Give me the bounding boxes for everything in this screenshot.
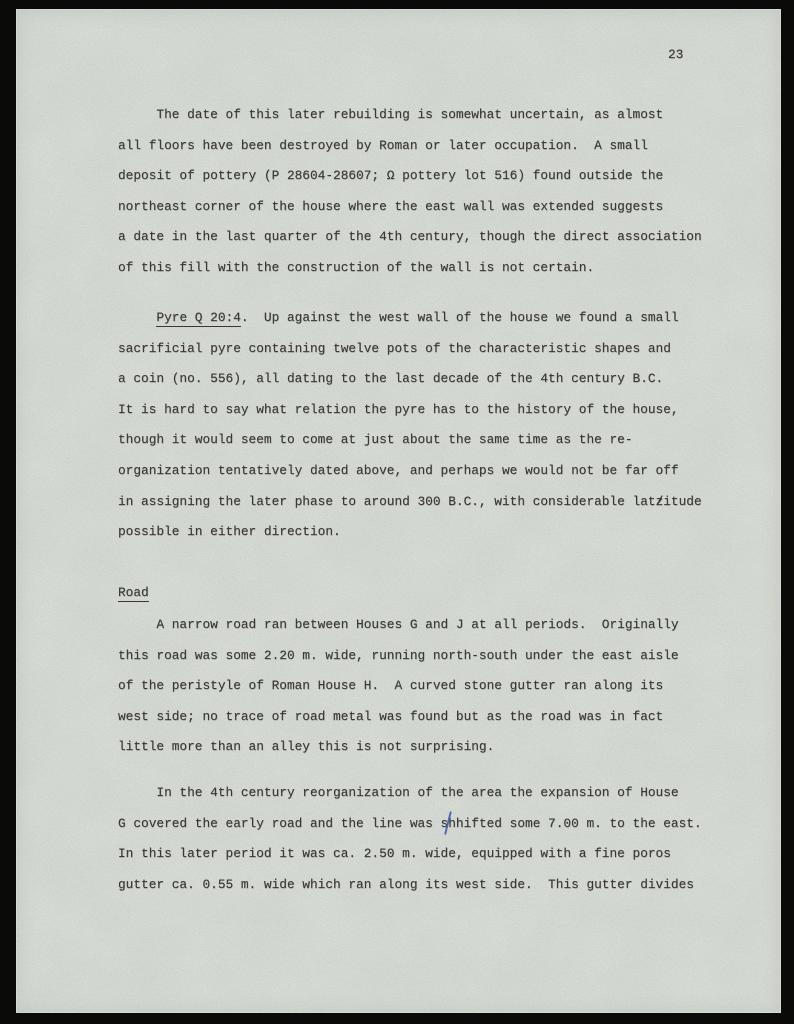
text-line: It is hard to say what relation the pyre… <box>118 395 702 426</box>
text-line: west side; no trace of road metal was fo… <box>118 702 679 733</box>
text-line: A narrow road ran between Houses G and J… <box>118 610 679 641</box>
indent <box>118 310 156 325</box>
pyre-label-underlined: Pyre Q 20:4 <box>156 310 240 327</box>
paragraph-rebuilding-date: The date of this later rebuilding is som… <box>118 100 702 284</box>
paragraph-road-early: A narrow road ran between Houses G and J… <box>118 610 679 763</box>
text-line: deposit of pottery (P 28604-28607; Ω pot… <box>118 161 702 192</box>
text-line: In this later period it was ca. 2.50 m. … <box>118 839 702 870</box>
pen-correction: h <box>448 809 456 840</box>
text-line: of this fill with the construction of th… <box>118 253 702 284</box>
text-line: though it would seem to come at just abo… <box>118 425 702 456</box>
text-run: in assigning the later phase to around 3… <box>118 494 656 509</box>
text-line: sacrificial pyre containing twelve pots … <box>118 334 702 365</box>
overstrike-slash: / <box>656 487 664 518</box>
text-line: all floors have been destroyed by Roman … <box>118 131 702 162</box>
document-page: 23 The date of this later rebuilding is … <box>16 9 781 1013</box>
text-line: The date of this later rebuilding is som… <box>118 100 702 131</box>
text-run: G covered the early road and the line wa… <box>118 816 448 831</box>
paragraph-road-later: In the 4th century reorganization of the… <box>118 778 702 900</box>
text-line: gutter ca. 0.55 m. wide which ran along … <box>118 870 702 901</box>
text-line: In the 4th century reorganization of the… <box>118 778 702 809</box>
text-run: itude <box>663 494 701 509</box>
text-line: organization tentatively dated above, an… <box>118 456 702 487</box>
text-line: G covered the early road and the line wa… <box>118 809 702 840</box>
text-line: Pyre Q 20:4. Up against the west wall of… <box>118 303 702 334</box>
text-line: little more than an alley this is not su… <box>118 732 679 763</box>
text-line: of the peristyle of Roman House H. A cur… <box>118 671 679 702</box>
text-line: a coin (no. 556), all dating to the last… <box>118 364 702 395</box>
text-line: northeast corner of the house where the … <box>118 192 702 223</box>
section-heading-road: Road <box>118 578 149 609</box>
paragraph-pyre: Pyre Q 20:4. Up against the west wall of… <box>118 303 702 548</box>
text-run: . Up against the west wall of the house … <box>241 310 679 325</box>
text-line: a date in the last quarter of the 4th ce… <box>118 222 702 253</box>
text-run: hifted some 7.00 m. to the east. <box>456 816 702 831</box>
text-line: in assigning the later phase to around 3… <box>118 487 702 518</box>
text-line: Road <box>118 578 149 609</box>
road-heading-underlined: Road <box>118 585 149 602</box>
page-number: 23 <box>668 40 683 71</box>
typed-overstrike-correction: z/ <box>656 487 664 518</box>
text-line: possible in either direction. <box>118 517 702 548</box>
text-line: this road was some 2.20 m. wide, running… <box>118 641 679 672</box>
